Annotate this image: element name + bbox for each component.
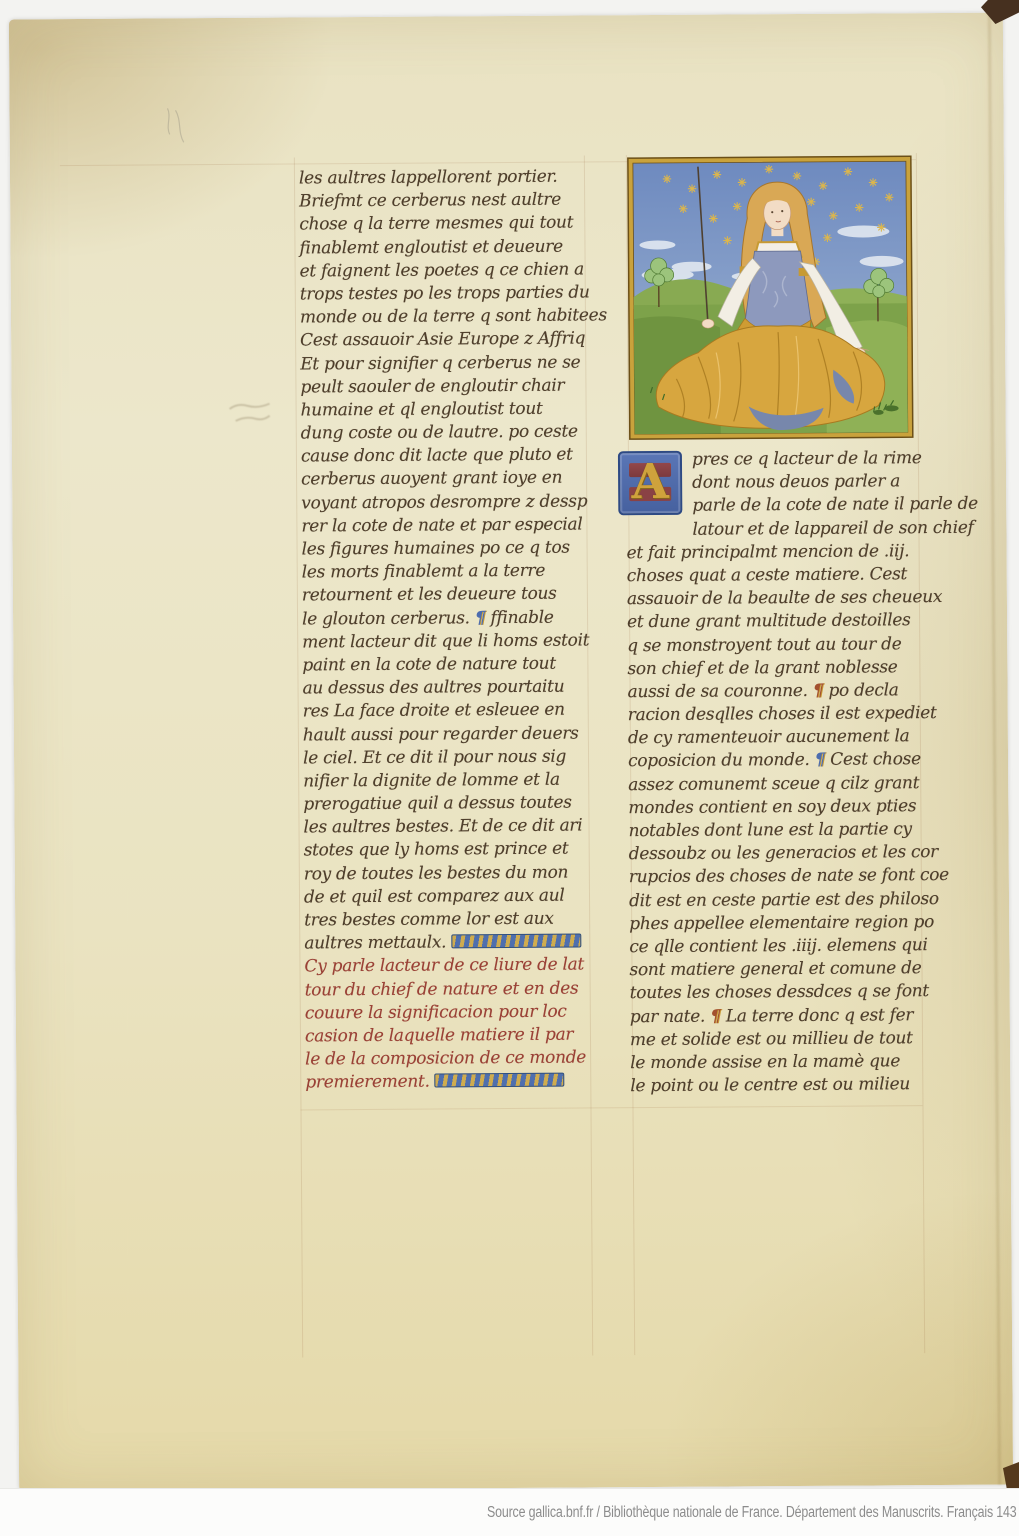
caption-bar: Source gallica.bnf.fr / Bibliothèque nat…	[0, 1488, 1019, 1536]
manuscript-line: Briefmt ce cerberus nest aultre	[299, 189, 591, 214]
manuscript-line: le monde assise en la mamè que	[630, 1050, 926, 1075]
line-filler-ornament	[435, 1073, 565, 1088]
caption-text: Source gallica.bnf.fr / Bibliothèque nat…	[487, 1504, 1019, 1522]
manuscript-line: rupcios des choses de nate se font coe	[629, 864, 925, 889]
manuscript-line: de et quil est comparez aux aul	[304, 884, 596, 909]
manuscript-line: finablemt engloutist et deueure	[299, 235, 591, 260]
manuscript-line: humaine et ql engloutist tout	[301, 397, 593, 422]
manuscript-line: retournent et les deueure tous	[302, 583, 594, 608]
manuscript-line: les figures humaines po ce q tos	[302, 536, 594, 561]
manuscript-line: dung coste ou de lautre. po ceste	[301, 420, 593, 445]
manuscript-line: dessoubz ou les generacios et les cor	[629, 841, 925, 866]
miniature-nature-seated	[627, 155, 914, 440]
illuminated-initial: A	[618, 451, 682, 515]
manuscript-line: paint en la cote de nature tout	[302, 652, 594, 677]
ruling-line	[300, 1105, 922, 1110]
manuscript-line: cause donc dit lacte que pluto et	[301, 444, 593, 469]
manuscript-line: de cy ramenteuoir aucunement la	[628, 725, 924, 750]
manuscript-line: Cy parle lacteur de ce liure de lat	[304, 954, 596, 979]
manuscript-line: me et solide est ou millieu de tout	[630, 1027, 926, 1052]
manuscript-line: cerberus auoyent grant ioye en	[301, 467, 593, 492]
manuscript-line: prerogatiue quil a dessus toutes	[303, 791, 595, 816]
manuscript-line: nifier la dignite de lomme et la	[303, 768, 595, 793]
manuscript-line: assauoir de la beaulte de ses cheueux	[627, 586, 923, 611]
manuscript-line: chose q la terre mesmes qui tout	[299, 212, 591, 237]
manuscript-line: et fait principalmt mencion de .iij.	[627, 540, 923, 565]
manuscript-line: et faignent les poetes q ce chien a	[300, 258, 592, 283]
scan-background: les aultres lappellorent portier.Briefmt…	[0, 0, 1019, 1536]
pencil-mark	[155, 100, 195, 150]
manuscript-line: son chief et de la grant noblesse	[627, 656, 923, 681]
manuscript-line: res La face droite et esleuee en	[303, 699, 595, 724]
manuscript-line: casion de laquelle matiere il par	[305, 1023, 597, 1048]
manuscript-line: Et pour signifier q cerberus ne se	[300, 351, 592, 376]
manuscript-line: coposicion du monde. ¶ Cest chose	[628, 749, 924, 774]
manuscript-line: aultres mettaulx.	[304, 931, 596, 956]
manuscript-line: aussi de sa couronne. ¶ po decla	[628, 679, 924, 704]
manuscript-line: tres bestes comme lor est aux	[304, 907, 596, 932]
manuscript-line: dit est en ceste partie est des philoso	[629, 888, 925, 913]
manuscript-line: Cest assauoir Asie Europe z Affriq	[300, 328, 592, 353]
manuscript-line: tour du chief de nature et en des	[305, 977, 597, 1002]
manuscript-line: assez comunemt sceue q cilz grant	[628, 772, 924, 797]
ink-showthrough	[220, 397, 280, 433]
manuscript-line: les aultres bestes. Et de ce dit ari	[303, 815, 595, 840]
manuscript-line: hault aussi pour regarder deuers	[303, 722, 595, 747]
manuscript-line: notables dont lune est la partie cy	[628, 818, 924, 843]
initial-letter: A	[620, 451, 680, 513]
manuscript-line: ment lacteur dit que li homs estoit	[302, 629, 594, 654]
manuscript-line: les morts finablemt a la terre	[302, 560, 594, 585]
manuscript-line: le point ou le centre est ou milieu	[630, 1073, 926, 1098]
manuscript-line: choses quat a ceste matiere. Cest	[627, 563, 923, 588]
manuscript-line: au dessus des aultres pourtaitu	[302, 676, 594, 701]
manuscript-line: les aultres lappellorent portier.	[299, 165, 591, 190]
manuscript-line: q se monstroyent tout au tour de	[627, 633, 923, 658]
manuscript-line: roy de toutes les bestes du mon	[304, 861, 596, 886]
manuscript-line: latour et de lappareil de son chief	[626, 517, 922, 542]
manuscript-line: mondes contient en soy deux pties	[628, 795, 924, 820]
manuscript-line: peult saouler de engloutir chair	[300, 374, 592, 399]
manuscript-line: racion desqlles choses il est expediet	[628, 702, 924, 727]
manuscript-line: voyant atropos desrompre z dessp	[301, 490, 593, 515]
manuscript-line: sont matiere general et comune de	[629, 957, 925, 982]
manuscript-line: le ciel. Et ce dit il pour nous sig	[303, 745, 595, 770]
manuscript-line: et dune grant multitude destoilles	[627, 609, 923, 634]
manuscript-line: trops testes po les trops parties du	[300, 281, 592, 306]
manuscript-line: rer la cote de nate et par especial	[301, 513, 593, 538]
parchment-page: les aultres lappellorent portier.Briefmt…	[9, 13, 1013, 1492]
manuscript-line: toutes les choses dessdces q se font	[630, 980, 926, 1005]
line-filler-ornament	[451, 934, 581, 949]
manuscript-line: phes appellee elementaire region po	[629, 911, 925, 936]
manuscript-line: le glouton cerberus. ¶ ffinable	[302, 606, 594, 631]
manuscript-line: monde ou de la terre q sont habitees	[300, 305, 592, 330]
manuscript-line: par nate. ¶ La terre donc q est fer	[630, 1004, 926, 1029]
left-column: les aultres lappellorent portier.Briefmt…	[299, 165, 597, 1095]
manuscript-line: premierement.	[305, 1070, 597, 1095]
manuscript-line: le de la composicion de ce monde	[305, 1047, 597, 1072]
manuscript-line: ce qlle contient les .iiij. elemens qui	[629, 934, 925, 959]
manuscript-line: couure la significacion pour loc	[305, 1000, 597, 1025]
manuscript-line: stotes que ly homs est prince et	[304, 838, 596, 863]
right-column-text: A pres ce q lacteur de la rimedont nous …	[626, 447, 927, 1098]
